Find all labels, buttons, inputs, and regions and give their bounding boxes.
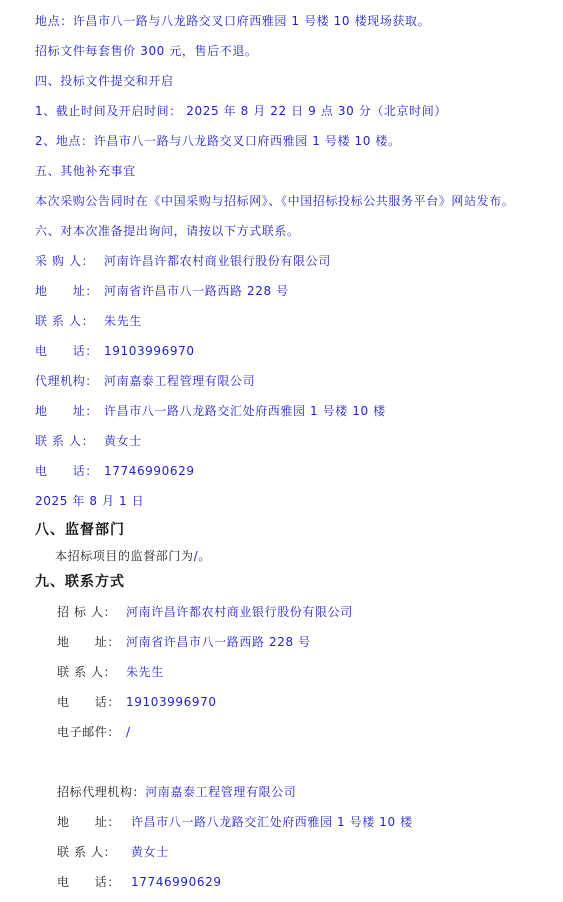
pickup-location-text: 地点：许昌市八一路与八龙路交叉口府西雅园 1 号楼 10 楼现场获取。 xyxy=(35,13,430,29)
purchaser-contact: 朱先生 xyxy=(104,314,142,328)
tender-agency-name: 河南嘉泰工程管理有限公司 xyxy=(145,785,296,799)
tenderer-phone-label: 电 话： xyxy=(57,694,126,710)
agency-name-row: 代理机构：河南嘉泰工程管理有限公司 xyxy=(35,373,255,389)
tenderer-contact: 朱先生 xyxy=(126,665,164,679)
tenderer-phone-row: 电 话：19103996970 xyxy=(57,694,217,710)
tenderer-address: 河南省许昌市八一路西路 228 号 xyxy=(126,635,311,649)
deadline-text: 1、截止时间及开启时间： 2025 年 8 月 22 日 9 点 30 分（北京… xyxy=(35,103,447,119)
tenderer-email-row: 电子邮件：/ xyxy=(57,724,131,740)
purchaser-address-row: 地 址：河南省许昌市八一路西路 228 号 xyxy=(35,283,289,299)
opening-location-text: 2、地点：许昌市八一路与八龙路交叉口府西雅园 1 号楼 10 楼。 xyxy=(35,133,401,149)
tender-agency-name-row: 招标代理机构：河南嘉泰工程管理有限公司 xyxy=(57,784,296,800)
tenderer-contact-row: 联 系 人：朱先生 xyxy=(57,664,164,680)
document-price-text: 招标文件每套售价 300 元，售后不退。 xyxy=(35,43,258,59)
tenderer-email: / xyxy=(126,725,131,739)
purchaser-phone: 19103996970 xyxy=(104,344,195,358)
supervision-text-prefix: 本招标项目的监督部门为 xyxy=(55,549,194,563)
tenderer-name-row: 招 标 人：河南许昌许都农村商业银行股份有限公司 xyxy=(57,604,353,620)
agency-phone-row: 电 话：17746990629 xyxy=(35,463,195,479)
purchaser-address-label: 地 址： xyxy=(35,283,104,299)
section-5-title: 五、其他补充事宜 xyxy=(35,163,136,179)
tenderer-name-label: 招 标 人： xyxy=(57,604,126,620)
tender-agency-address-row: 地 址：许昌市八一路八龙路交汇处府西雅园 1 号楼 10 楼 xyxy=(57,814,413,830)
purchaser-phone-row: 电 话：19103996970 xyxy=(35,343,195,359)
section-6-title: 六、对本次准备提出询问，请按以下方式联系。 xyxy=(35,223,300,239)
tender-agency-contact-row: 联 系 人：黄女士 xyxy=(57,844,169,860)
purchaser-name-row: 采 购 人：河南许昌许都农村商业银行股份有限公司 xyxy=(35,253,331,269)
tender-agency-contact-label: 联 系 人： xyxy=(57,844,131,860)
purchaser-contact-label: 联 系 人： xyxy=(35,313,104,329)
tenderer-address-row: 地 址：河南省许昌市八一路西路 228 号 xyxy=(57,634,311,650)
agency-phone-label: 电 话： xyxy=(35,463,104,479)
agency-address: 许昌市八一路八龙路交汇处府西雅园 1 号楼 10 楼 xyxy=(104,404,386,418)
purchaser-address: 河南省许昌市八一路西路 228 号 xyxy=(104,284,289,298)
agency-name: 河南嘉泰工程管理有限公司 xyxy=(104,374,255,388)
agency-address-label: 地 址： xyxy=(35,403,104,419)
tender-agency-name-label: 招标代理机构： xyxy=(57,785,145,799)
tenderer-address-label: 地 址： xyxy=(57,634,126,650)
purchaser-name: 河南许昌许都农村商业银行股份有限公司 xyxy=(104,254,331,268)
section-8-heading: 八、监督部门 xyxy=(35,521,125,539)
tender-agency-phone-label: 电 话： xyxy=(57,874,131,890)
tenderer-email-label: 电子邮件： xyxy=(57,724,126,740)
purchaser-phone-label: 电 话： xyxy=(35,343,104,359)
publication-notice-text: 本次采购公告同时在《中国采购与招标网》、《中国招标投标公共服务平台》网站发布。 xyxy=(35,193,514,209)
agency-address-row: 地 址：许昌市八一路八龙路交汇处府西雅园 1 号楼 10 楼 xyxy=(35,403,386,419)
supervision-text: 本招标项目的监督部门为/。 xyxy=(55,548,211,564)
tenderer-contact-label: 联 系 人： xyxy=(57,664,126,680)
tenderer-phone: 19103996970 xyxy=(126,695,217,709)
section-9-heading: 九、联系方式 xyxy=(35,573,125,591)
agency-name-label: 代理机构： xyxy=(35,373,104,389)
agency-contact-row: 联 系 人：黄女士 xyxy=(35,433,142,449)
section-4-title: 四、投标文件提交和开启 xyxy=(35,73,174,89)
purchaser-contact-row: 联 系 人：朱先生 xyxy=(35,313,142,329)
tender-agency-contact: 黄女士 xyxy=(131,845,169,859)
tender-agency-phone-row: 电 话：17746990629 xyxy=(57,874,222,890)
announcement-date: 2025 年 8 月 1 日 xyxy=(35,493,144,509)
agency-phone: 17746990629 xyxy=(104,464,195,478)
agency-contact: 黄女士 xyxy=(104,434,142,448)
tender-agency-address: 许昌市八一路八龙路交汇处府西雅园 1 号楼 10 楼 xyxy=(131,815,413,829)
agency-contact-label: 联 系 人： xyxy=(35,433,104,449)
supervision-text-suffix: 。 xyxy=(198,549,211,563)
tenderer-name: 河南许昌许都农村商业银行股份有限公司 xyxy=(126,605,353,619)
tender-agency-address-label: 地 址： xyxy=(57,814,131,830)
purchaser-name-label: 采 购 人： xyxy=(35,253,104,269)
tender-agency-phone: 17746990629 xyxy=(131,875,222,889)
